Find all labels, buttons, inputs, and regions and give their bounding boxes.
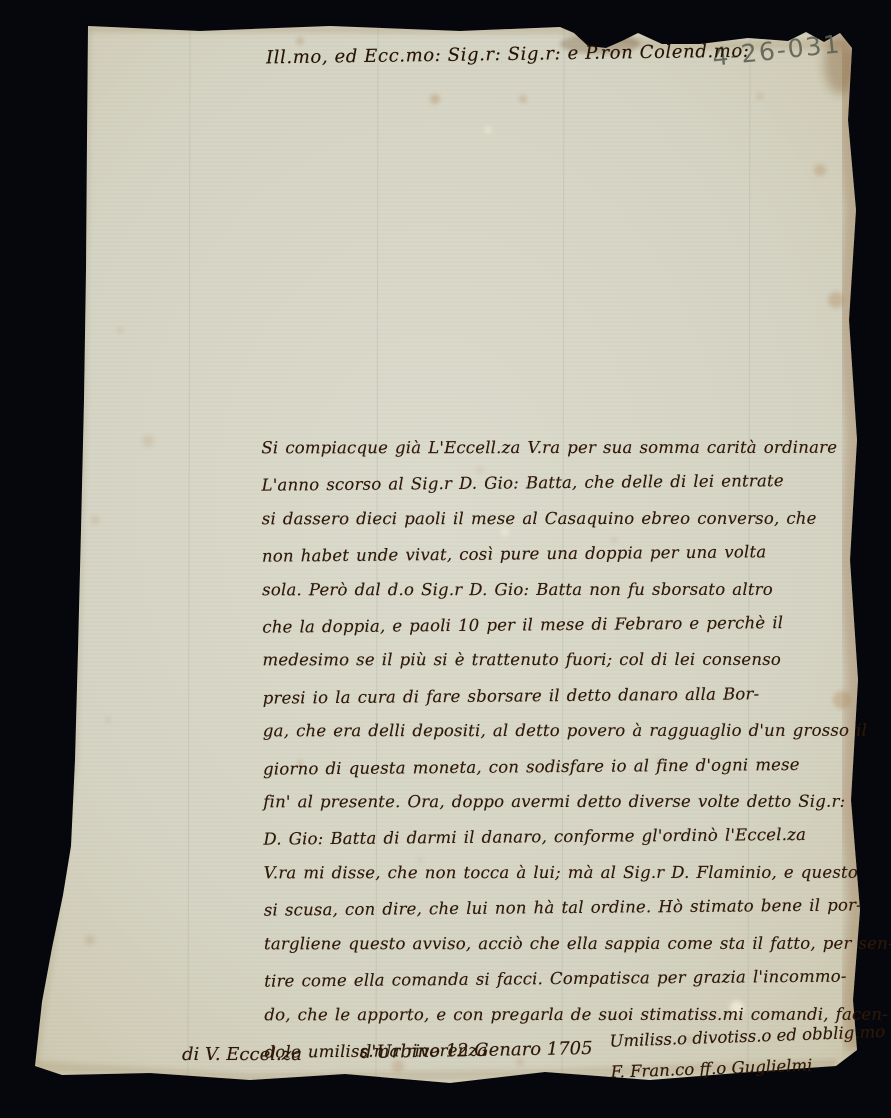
closing-valediction-block: Umiliss.o divotiss.o ed obblig.mo servo … (609, 1014, 891, 1087)
body-line-1: Si compiacque già L'Eccell.za V.ra per s… (261, 430, 865, 466)
body-line-16: tire come ella comanda si facci. Compati… (264, 958, 868, 999)
body-line-3: si dassero dieci paoli il mese al Casaqu… (262, 501, 866, 537)
body-line-10: giorno di questa moneta, con sodisfare i… (263, 746, 867, 787)
body-line-2: L'anno scorso al Sig.r D. Gio: Batta, ch… (261, 463, 865, 504)
body-line-12: D. Gio: Batta di darmi il danaro, confor… (263, 817, 867, 858)
body-line-11: fin' al presente. Ora, doppo avermi dett… (263, 784, 867, 820)
closing-addressee: di V. Eccel.za (182, 1044, 302, 1065)
manuscript-scan: 4-26-031 Ill.mo, ed Ecc.mo: Sig.r: Sig.r… (0, 0, 891, 1118)
body-line-4: non habet unde vivat, così pure una dopp… (262, 534, 866, 575)
body-line-9: ga, che era delli depositi, al detto pov… (263, 713, 867, 749)
closing-dateline: d'Urbino 12 Genaro 1705 (360, 1038, 593, 1063)
body-line-13: V.ra mi disse, che non tocca à lui; mà a… (264, 855, 868, 891)
body-line-14: si scusa, con dire, che lui non hà tal o… (264, 888, 868, 929)
body-line-7: medesimo se il più si è trattenuto fuori… (263, 642, 867, 678)
body-line-6: che la doppia, e paoli 10 per il mese di… (262, 604, 866, 645)
body-line-8: presi io la cura di fare sborsare il det… (263, 675, 867, 716)
body-line-15: targliene questo avviso, acciò che ella … (264, 925, 868, 961)
body-line-5: sola. Però dal d.o Sig.r D. Gio: Batta n… (262, 571, 866, 607)
letter-body: Si compiacque già L'Eccell.za V.ra per s… (261, 428, 868, 1068)
